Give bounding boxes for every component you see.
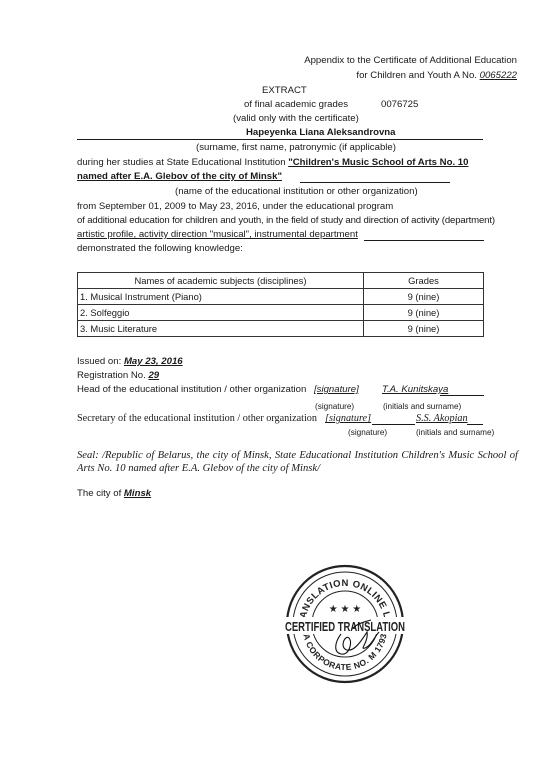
student-name-underline <box>77 139 483 140</box>
secretary-signature-caption: (signature) <box>348 427 387 439</box>
issued-on-line: Issued on: May 23, 2016 <box>77 356 183 368</box>
issued-on-label: Issued on: <box>77 356 124 367</box>
head-name-underline <box>440 395 484 396</box>
subject-cell: 3. Music Literature <box>78 321 364 337</box>
profile-underline <box>364 240 484 241</box>
table-row: 2. Solfeggio 9 (nine) <box>78 305 484 321</box>
validity-note: (valid only with the certificate) <box>233 113 359 125</box>
secretary-name-caption: (initials and surname) <box>416 427 494 439</box>
grade-cell: 9 (nine) <box>364 305 484 321</box>
secretary-signature: [signature] <box>325 413 371 425</box>
city-name: Minsk <box>124 488 151 499</box>
institution-intro: during her studies at State Educational … <box>77 157 288 168</box>
institution-name-part2: named after E.A. Glebov of the city of M… <box>77 171 282 183</box>
extract-title: EXTRACT <box>262 85 307 97</box>
institution-name-part1: "Children's Music School of Arts No. 10 <box>288 157 468 168</box>
program-profile: artistic profile, activity direction "mu… <box>77 229 358 241</box>
svg-text:TRANSLATION ONLINE LLC: TRANSLATION ONLINE LLC <box>283 562 393 626</box>
secretary-name: S.S. Akopian <box>416 413 468 425</box>
column-header-subject: Names of academic subjects (disciplines) <box>78 273 364 289</box>
institution-line-1: during her studies at State Educational … <box>77 157 468 169</box>
city-label: The city of <box>77 488 124 499</box>
secretary-signature-underline <box>372 424 415 425</box>
extract-subtitle: of final academic grades <box>244 99 348 111</box>
registration-number: 29 <box>148 370 159 381</box>
table-header-row: Names of academic subjects (disciplines)… <box>78 273 484 289</box>
certificate-number: 0065222 <box>480 70 517 81</box>
grade-cell: 9 (nine) <box>364 321 484 337</box>
head-name-caption: (initials and surname) <box>383 401 461 413</box>
table-row: 3. Music Literature 9 (nine) <box>78 321 484 337</box>
extract-number: 0076725 <box>381 99 418 111</box>
seal-note-line-1: Seal: /Republic of Belarus, the city of … <box>77 450 518 462</box>
svg-text:CERTIFIED TRANSLATION: CERTIFIED TRANSLATION <box>285 620 405 634</box>
seal-note-line-2: Arts No. 10 named after E.A. Glebov of t… <box>77 463 320 475</box>
head-label: Head of the educational institution / ot… <box>77 384 306 396</box>
certificate-label: for Children and Youth A No. <box>356 70 479 81</box>
student-name-caption: (surname, first name, patronymic (if app… <box>196 142 396 154</box>
student-name: Hapeyenka Liana Aleksandrovna <box>246 127 395 139</box>
secretary-label: Secretary of the educational institution… <box>77 413 317 425</box>
certificate-number-line: for Children and Youth A No. 0065222 <box>356 70 517 82</box>
appendix-heading: Appendix to the Certificate of Additiona… <box>304 55 517 67</box>
column-header-grade: Grades <box>364 273 484 289</box>
head-name: T.A. Kunitskaya <box>382 384 448 396</box>
subject-cell: 1. Musical Instrument (Piano) <box>78 289 364 305</box>
certified-translation-stamp: TRANSLATION ONLINE LLC ATA CORPORATE NO.… <box>283 562 407 686</box>
secretary-name-underline <box>467 424 483 425</box>
table-row: 1. Musical Instrument (Piano) 9 (nine) <box>78 289 484 305</box>
head-signature: [signature] <box>314 384 359 396</box>
grade-cell: 9 (nine) <box>364 289 484 305</box>
registration-label: Registration No. <box>77 370 148 381</box>
stamp-icon: TRANSLATION ONLINE LLC ATA CORPORATE NO.… <box>283 562 407 686</box>
institution-underline <box>300 182 450 183</box>
study-period: from September 01, 2009 to May 23, 2016,… <box>77 201 393 213</box>
subject-cell: 2. Solfeggio <box>78 305 364 321</box>
issued-date: May 23, 2016 <box>124 356 183 367</box>
city-line: The city of Minsk <box>77 488 151 500</box>
institution-caption: (name of the educational institution or … <box>175 186 418 198</box>
head-signature-caption: (signature) <box>315 401 354 413</box>
knowledge-intro: demonstrated the following knowledge: <box>77 243 243 255</box>
svg-text:★ ★ ★: ★ ★ ★ <box>329 604 361 615</box>
program-description: of additional education for children and… <box>77 215 495 227</box>
registration-line: Registration No. 29 <box>77 370 159 382</box>
grades-table: Names of academic subjects (disciplines)… <box>77 272 484 337</box>
